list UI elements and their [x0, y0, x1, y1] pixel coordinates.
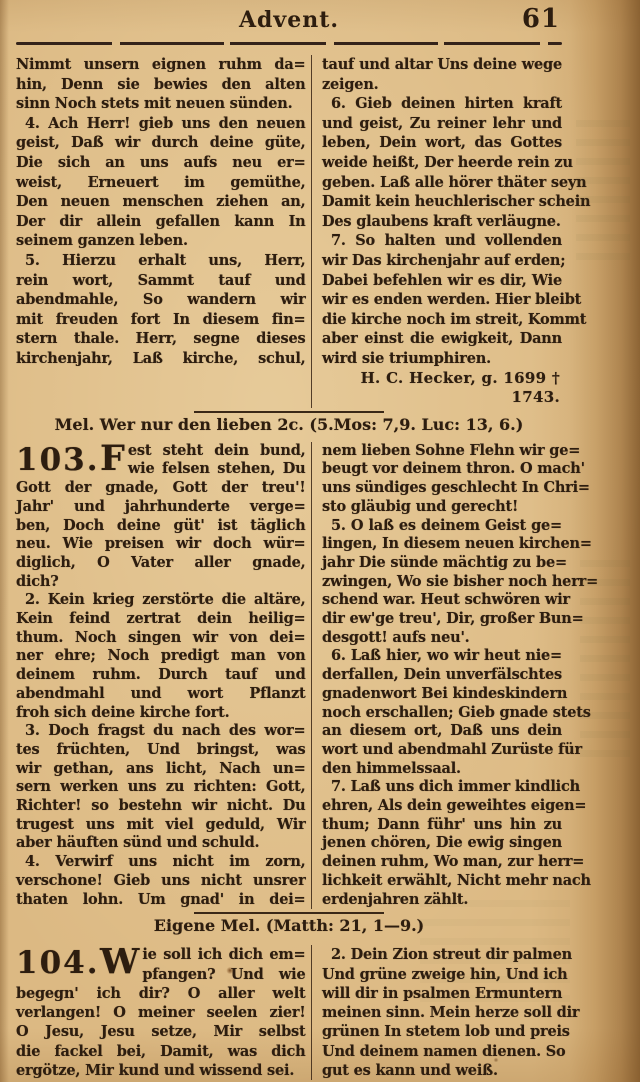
text-line: jahr Die sünde mächtig zu be=	[322, 554, 562, 573]
text-line: desgott! aufs neu'.	[322, 629, 562, 648]
text-line: kirchenjahr, Laß kirche, schul,	[16, 349, 306, 369]
text-line: ner ehre; Noch predigt man von	[16, 647, 306, 666]
left-column: 103. F est steht dein bund,wie felsen st…	[16, 442, 306, 910]
melody-scripture-ref: (5.Mos: 7,9. Luc: 13, 6.)	[309, 415, 523, 434]
text-line: ehren, Als dein geweihtes eigen=	[322, 797, 562, 816]
text-line: 5. Hierzu erhalt uns, Herr,	[16, 251, 306, 271]
hymn-103-opening: 103. F est steht dein bund,wie felsen st…	[16, 442, 306, 479]
text-line: Jahr' und jahrhunderte verge=	[16, 498, 306, 517]
text-line: wir Das kirchenjahr auf erden;	[322, 251, 562, 271]
text-line: pfangen? Und wie	[142, 965, 305, 984]
text-line: diglich, O Vater aller gnade,	[16, 554, 306, 573]
text-line: Dabei befehlen wir es dir, Wie	[322, 271, 562, 291]
text-line: verlangen! O meiner seelen zier!	[16, 1003, 306, 1022]
text-line: will dir in psalmen Ermuntern	[322, 984, 562, 1003]
text-line: leben, Dein wort, das Gottes	[322, 133, 562, 153]
section-separator-rule	[194, 411, 384, 413]
right-column-lines: tauf und altar Uns deine wegezeigen.6. G…	[322, 55, 562, 369]
right-column: 2. Dein Zion streut dir palmenUnd grüne …	[312, 945, 562, 1080]
text-line: Nimmt unsern eignen ruhm da=	[16, 55, 306, 75]
text-line: abendmahl und wort Pflanzt	[16, 685, 306, 704]
text-line: weide heißt, Der heerde rein zu	[322, 153, 562, 173]
text-line: 6. Gieb deinen hirten kraft	[322, 94, 562, 114]
text-line: Den neuen menschen ziehen an,	[16, 192, 306, 212]
text-line: 3. Doch fragst du nach des wor=	[16, 722, 306, 741]
melody-heading-104: Eigene Mel. (Matth: 21, 1—9.)	[16, 915, 562, 937]
page-header: Advent. 61	[16, 0, 562, 40]
text-line: deinen ruhm, Wo man, zur herr=	[322, 853, 562, 872]
text-line: seinem ganzen leben.	[16, 231, 306, 251]
text-line: wir es enden werden. Hier bleibt	[322, 290, 562, 310]
text-line: Kein feind zertrat dein heilig=	[16, 610, 306, 629]
opening-lines: ie soll ich dich em=pfangen? Und wie	[142, 945, 305, 984]
text-line: sern werken uns zu richten: Gott,	[16, 778, 306, 797]
text-line: 7. Laß uns dich immer kindlich	[322, 778, 562, 797]
melody-heading-103: Mel. Wer nur den lieben 2c. (5.Mos: 7,9.…	[16, 414, 562, 436]
left-column: Nimmt unsern eignen ruhm da=hin, Denn si…	[16, 55, 306, 408]
author-line: H. C. Hecker, g. 1699 † 1743.	[322, 369, 562, 408]
text-line: tes früchten, Und bringst, was	[16, 741, 306, 760]
text-line: noch erschallen; Gieb gnade stets	[322, 704, 562, 723]
text-line: rein wort, Sammt tauf und	[16, 271, 306, 291]
text-line: verschone! Gieb uns nicht unsrer	[16, 872, 306, 891]
left-column: 104. W ie soll ich dich em=pfangen? Und …	[16, 945, 306, 1080]
text-line: geist, Daß wir durch deine güte,	[16, 133, 306, 153]
text-line: ergötze, Mir kund und wissend sei.	[16, 1061, 306, 1080]
text-line: ie soll ich dich em=	[142, 945, 305, 964]
text-line: 5. O laß es deinem Geist ge=	[322, 517, 562, 536]
hymn-number: 103.	[16, 442, 100, 478]
text-line: Des glaubens kraft verläugne.	[322, 212, 562, 232]
text-line: Gott der gnade, Gott der treu'!	[16, 479, 306, 498]
text-line: thaten lohn. Um gnad' in dei=	[16, 891, 306, 910]
melody-label: Eigene Mel.	[154, 916, 261, 935]
text-line: Und deinem namen dienen. So	[322, 1042, 562, 1061]
text-line: lichkeit erwählt, Nicht mehr nach	[322, 872, 562, 891]
text-line: dich?	[16, 573, 306, 592]
text-line: ben, Doch deine güt' ist täglich	[16, 517, 306, 536]
text-line: froh sich deine kirche fort.	[16, 704, 306, 723]
left-column-lines: begegn' ich dir? O aller weltverlangen! …	[16, 984, 306, 1080]
text-line: die kirche noch im streit, Kommt	[322, 310, 562, 330]
page-number: 61	[522, 4, 560, 34]
text-line: nem lieben Sohne Flehn wir ge=	[322, 442, 562, 461]
header-rule	[16, 42, 562, 45]
text-line: 2. Kein krieg zerstörte die altäre,	[16, 591, 306, 610]
text-line: abendmahle, So wandern wir	[16, 290, 306, 310]
text-line: an diesem ort, Daß uns dein	[322, 722, 562, 741]
text-line: zwingen, Wo sie bisher noch herr=	[322, 573, 562, 592]
text-line: weist, Erneuert im gemüthe,	[16, 173, 306, 193]
text-line: dir ew'ge treu', Dir, großer Bun=	[322, 610, 562, 629]
left-column-lines: Gott der gnade, Gott der treu'!Jahr' und…	[16, 479, 306, 909]
text-line: 4. Ach Herr! gieb uns den neuen	[16, 114, 306, 134]
hymn-102-continuation-section: Nimmt unsern eignen ruhm da=hin, Denn si…	[16, 55, 562, 408]
text-line: thum; Dann führ' uns hin zu	[322, 816, 562, 835]
hymn-104-section: 104. W ie soll ich dich em=pfangen? Und …	[16, 945, 562, 1080]
text-line: Die sich an uns aufs neu er=	[16, 153, 306, 173]
text-line: stern thale. Herr, segne dieses	[16, 329, 306, 349]
text-line: est steht dein bund,	[128, 442, 306, 461]
text-line: zeigen.	[322, 75, 562, 95]
text-line: aber häuften sünd und schuld.	[16, 834, 306, 853]
text-line: tauf und altar Uns deine wege	[322, 55, 562, 75]
text-line: 6. Laß hier, wo wir heut nie=	[322, 647, 562, 666]
text-line: Der dir allein gefallen kann In	[16, 212, 306, 232]
page-bleedthrough	[580, 560, 630, 760]
text-line: 4. Verwirf uns nicht im zorn,	[16, 853, 306, 872]
text-line: wir gethan, ans licht, Nach un=	[16, 760, 306, 779]
melody-label: Mel.	[55, 415, 95, 434]
melody-scripture-ref: (Matth: 21, 1—9.)	[266, 916, 424, 935]
right-column: nem lieben Sohne Flehn wir ge=beugt vor …	[312, 442, 562, 910]
text-line: begegn' ich dir? O aller welt	[16, 984, 306, 1003]
text-line: gnadenwort Bei kindeskindern	[322, 685, 562, 704]
text-line: thum. Noch singen wir von dei=	[16, 629, 306, 648]
text-line: jenen chören, Die ewig singen	[322, 834, 562, 853]
text-line: beugt vor deinem thron. O mach'	[322, 460, 562, 479]
text-line: Und grüne zweige hin, Und ich	[322, 965, 562, 984]
text-line: trugest uns mit viel geduld, Wir	[16, 816, 306, 835]
text-line: uns sündiges geschlecht In Chri=	[322, 479, 562, 498]
melody-tune: Wer nur den lieben 2c.	[100, 415, 304, 434]
text-line: die fackel bei, Damit, was dich	[16, 1042, 306, 1061]
text-line: sto gläubig und gerecht!	[322, 498, 562, 517]
hymn-number: 104.	[16, 945, 100, 981]
section-separator-rule	[194, 912, 384, 914]
text-line: 7. So halten und vollenden	[322, 231, 562, 251]
text-line: aber einst die ewigkeit, Dann	[322, 329, 562, 349]
drop-cap: F	[100, 442, 125, 476]
text-line: Damit kein heuchlerischer schein	[322, 192, 562, 212]
hymn-104-opening: 104. W ie soll ich dich em=pfangen? Und …	[16, 945, 306, 984]
drop-cap: W	[100, 945, 139, 979]
text-line: meinen sinn. Mein herze soll dir	[322, 1003, 562, 1022]
text-line: und geist, Zu reiner lehr und	[322, 114, 562, 134]
text-line: sinn Noch stets mit neuen sünden.	[16, 94, 306, 114]
text-line: Richter! so bestehn wir nicht. Du	[16, 797, 306, 816]
text-line: hin, Denn sie bewies den alten	[16, 75, 306, 95]
book-page: Advent. 61 Nimmt unsern eignen ruhm da=h…	[0, 0, 640, 1082]
text-line: gut es kann und weiß.	[322, 1061, 562, 1080]
text-line: deinem ruhm. Durch tauf und	[16, 666, 306, 685]
text-line: derfallen, Dein unverfälschtes	[322, 666, 562, 685]
text-line: wort und abendmahl Zurüste für	[322, 741, 562, 760]
text-line: wie felsen stehen, Du	[128, 460, 306, 479]
text-line: schend war. Heut schwören wir	[322, 591, 562, 610]
text-line: neu. Wie preisen wir doch wür=	[16, 535, 306, 554]
right-column: tauf und altar Uns deine wegezeigen.6. G…	[312, 55, 562, 408]
text-line: lingen, In diesem neuen kirchen=	[322, 535, 562, 554]
text-line: erdenjahren zählt.	[322, 891, 562, 910]
opening-lines: est steht dein bund,wie felsen stehen, D…	[128, 442, 306, 479]
text-line: grünen In stetem lob und preis	[322, 1022, 562, 1041]
text-line: geben. Laß alle hörer thäter seyn	[322, 173, 562, 193]
text-line: den himmelssaal.	[322, 760, 562, 779]
text-line: O Jesu, Jesu setze, Mir selbst	[16, 1022, 306, 1041]
text-line: wird sie triumphiren.	[322, 349, 562, 369]
text-line: 2. Dein Zion streut dir palmen	[322, 945, 562, 964]
text-line: mit freuden fort In diesem fin=	[16, 310, 306, 330]
hymn-103-section: 103. F est steht dein bund,wie felsen st…	[16, 442, 562, 910]
running-title: Advent.	[16, 7, 562, 33]
page-content: Advent. 61 Nimmt unsern eignen ruhm da=h…	[16, 0, 562, 1080]
